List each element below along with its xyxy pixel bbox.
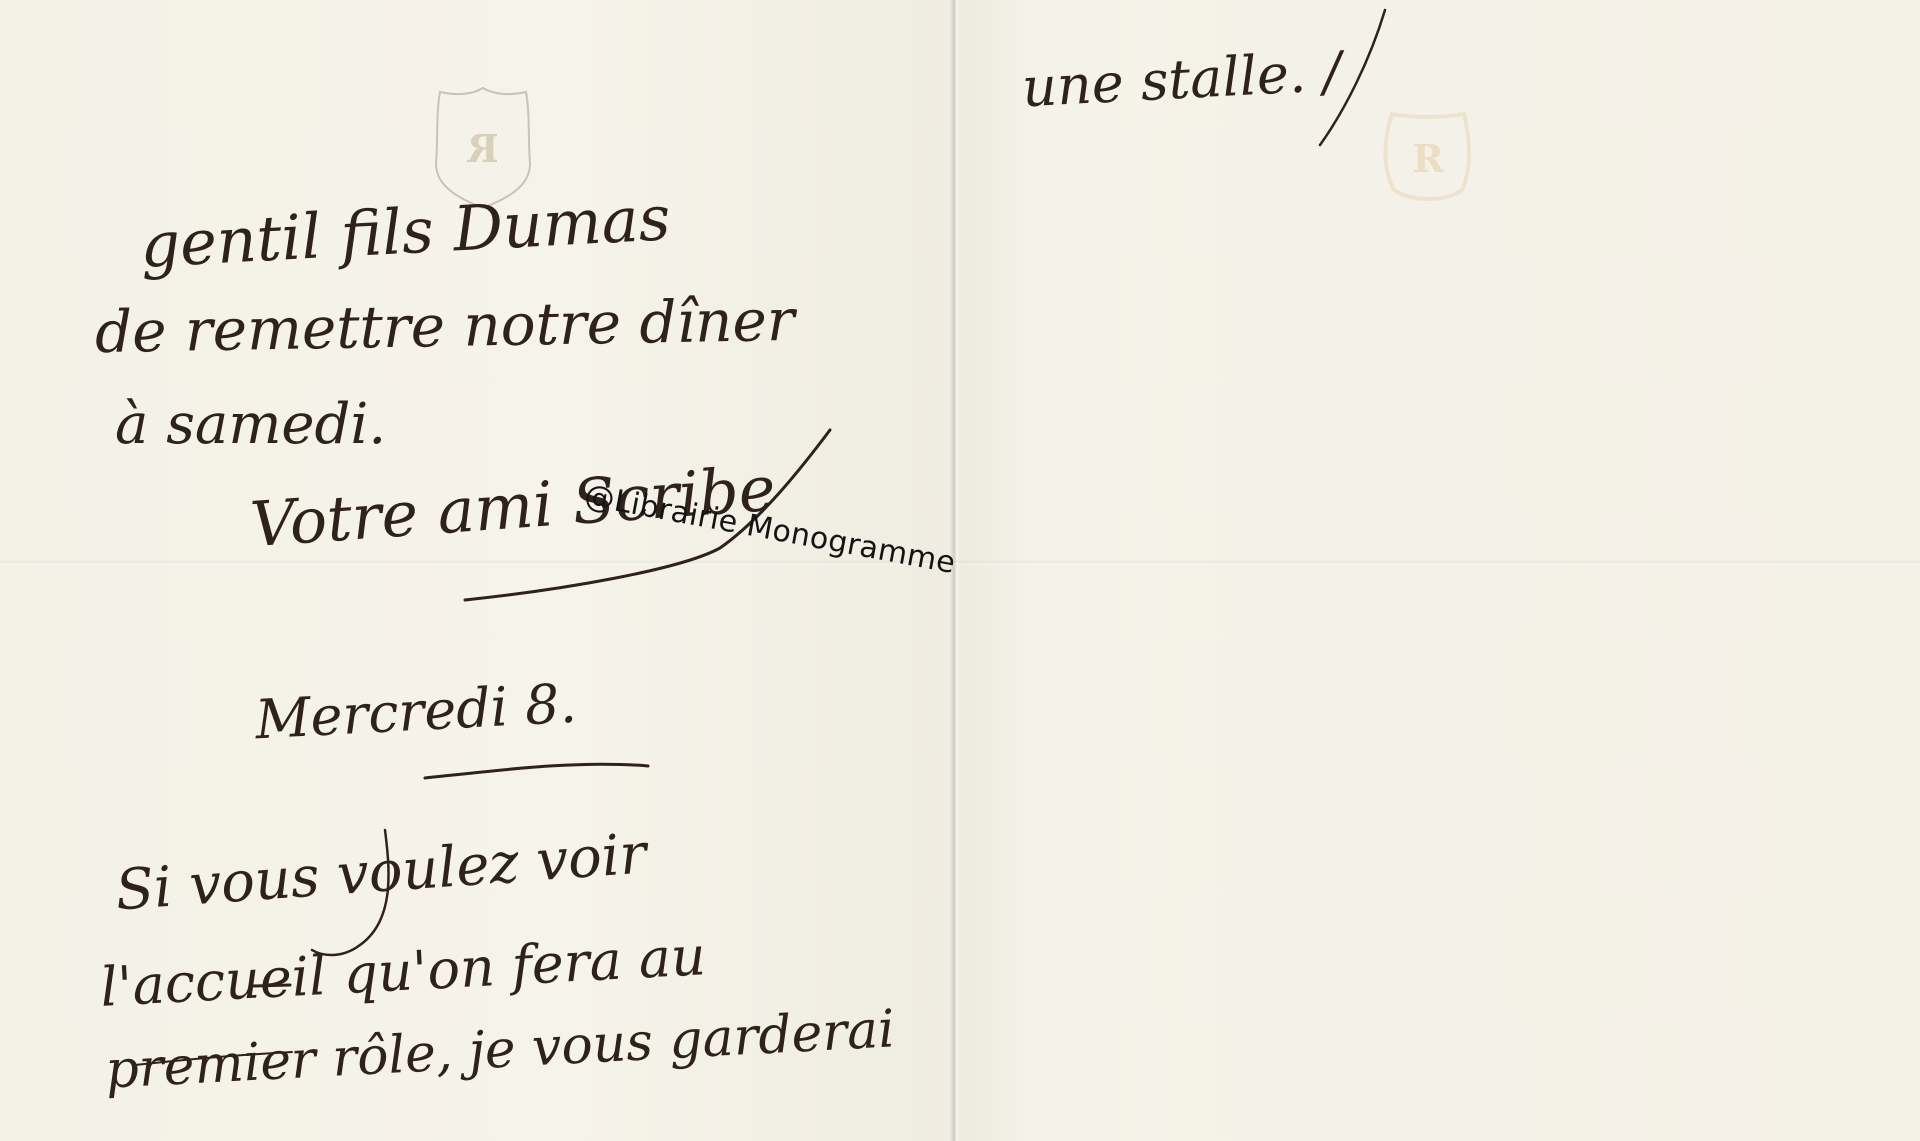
svg-text:R: R bbox=[467, 126, 499, 171]
letter-line-2: de remettre notre dîner bbox=[94, 286, 795, 366]
horizontal-fold bbox=[0, 560, 1920, 566]
shield-r-stain-icon: R bbox=[1372, 108, 1482, 208]
svg-text:R: R bbox=[1412, 136, 1444, 181]
letter-line-3: à samedi. bbox=[115, 392, 386, 457]
